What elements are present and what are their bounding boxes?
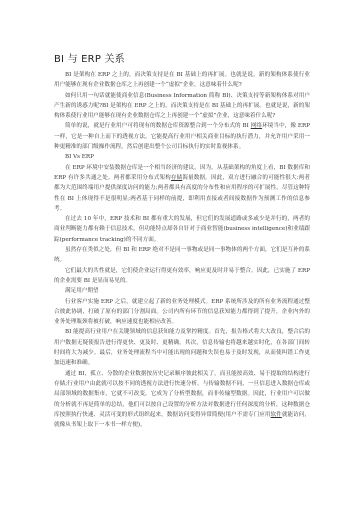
paragraph: 它们最大的共性就是，它们使企业运行得更有效率，响应更及时并易于整合。因此，已实施… bbox=[54, 266, 310, 287]
link-storage[interactable]: 存储 bbox=[171, 175, 182, 181]
paragraph: 简单的说，就是行业用户可将现有的数据仓库资源整合到一个分布式的 BI 网络环境当… bbox=[54, 121, 310, 152]
paragraph: 行业客户实施 ERP 之后，就建立起了新的业务处理模式。ERP 系统所涉及的所有… bbox=[54, 297, 310, 328]
link-network[interactable]: 网络 bbox=[251, 123, 262, 129]
paragraph: BI 是架构在 ERP 之上的，而决策支持是在 BI 基础上的再扩展。也就是说，… bbox=[54, 70, 310, 91]
paragraph: 通过 BI，孤立、分散的企业数据按历史记录顺序彼此相关了，而且能按高效、易于提取… bbox=[54, 369, 310, 431]
paragraph: 在过去 10 年中，ERP 技术和 BI 都有重大的发展，但它们的发展道路或多或… bbox=[54, 214, 310, 245]
paragraph: 虽然存在类似之处，但 BI 和 ERP 绝对不是同一事物或是同一事物体的两个方面… bbox=[54, 245, 310, 266]
section-heading-user-expectations: 满足用户期望 bbox=[54, 286, 310, 296]
paragraph: 如何只用一句话就能使商业信息(Business Information 简称 B… bbox=[54, 91, 310, 122]
section-heading-bi-vs-erp: BI Vs ERP bbox=[54, 152, 310, 162]
document-page: BI 与 ERP 关系 BI 是架构在 ERP 之上的，而决策支持是在 BI 基… bbox=[54, 50, 310, 430]
paragraph: BI 能提高行业用户在关键领域的信息获知能力及掌控精度。首先，报告格式将大大改良… bbox=[54, 327, 310, 368]
paragraph: 在 ERP 环境中安装数据仓库是一个相当经济的建议。因为，从基础架构的角度上看，… bbox=[54, 163, 310, 214]
document-title: BI 与 ERP 关系 bbox=[54, 50, 310, 65]
link-software[interactable]: 软件 bbox=[271, 412, 282, 418]
